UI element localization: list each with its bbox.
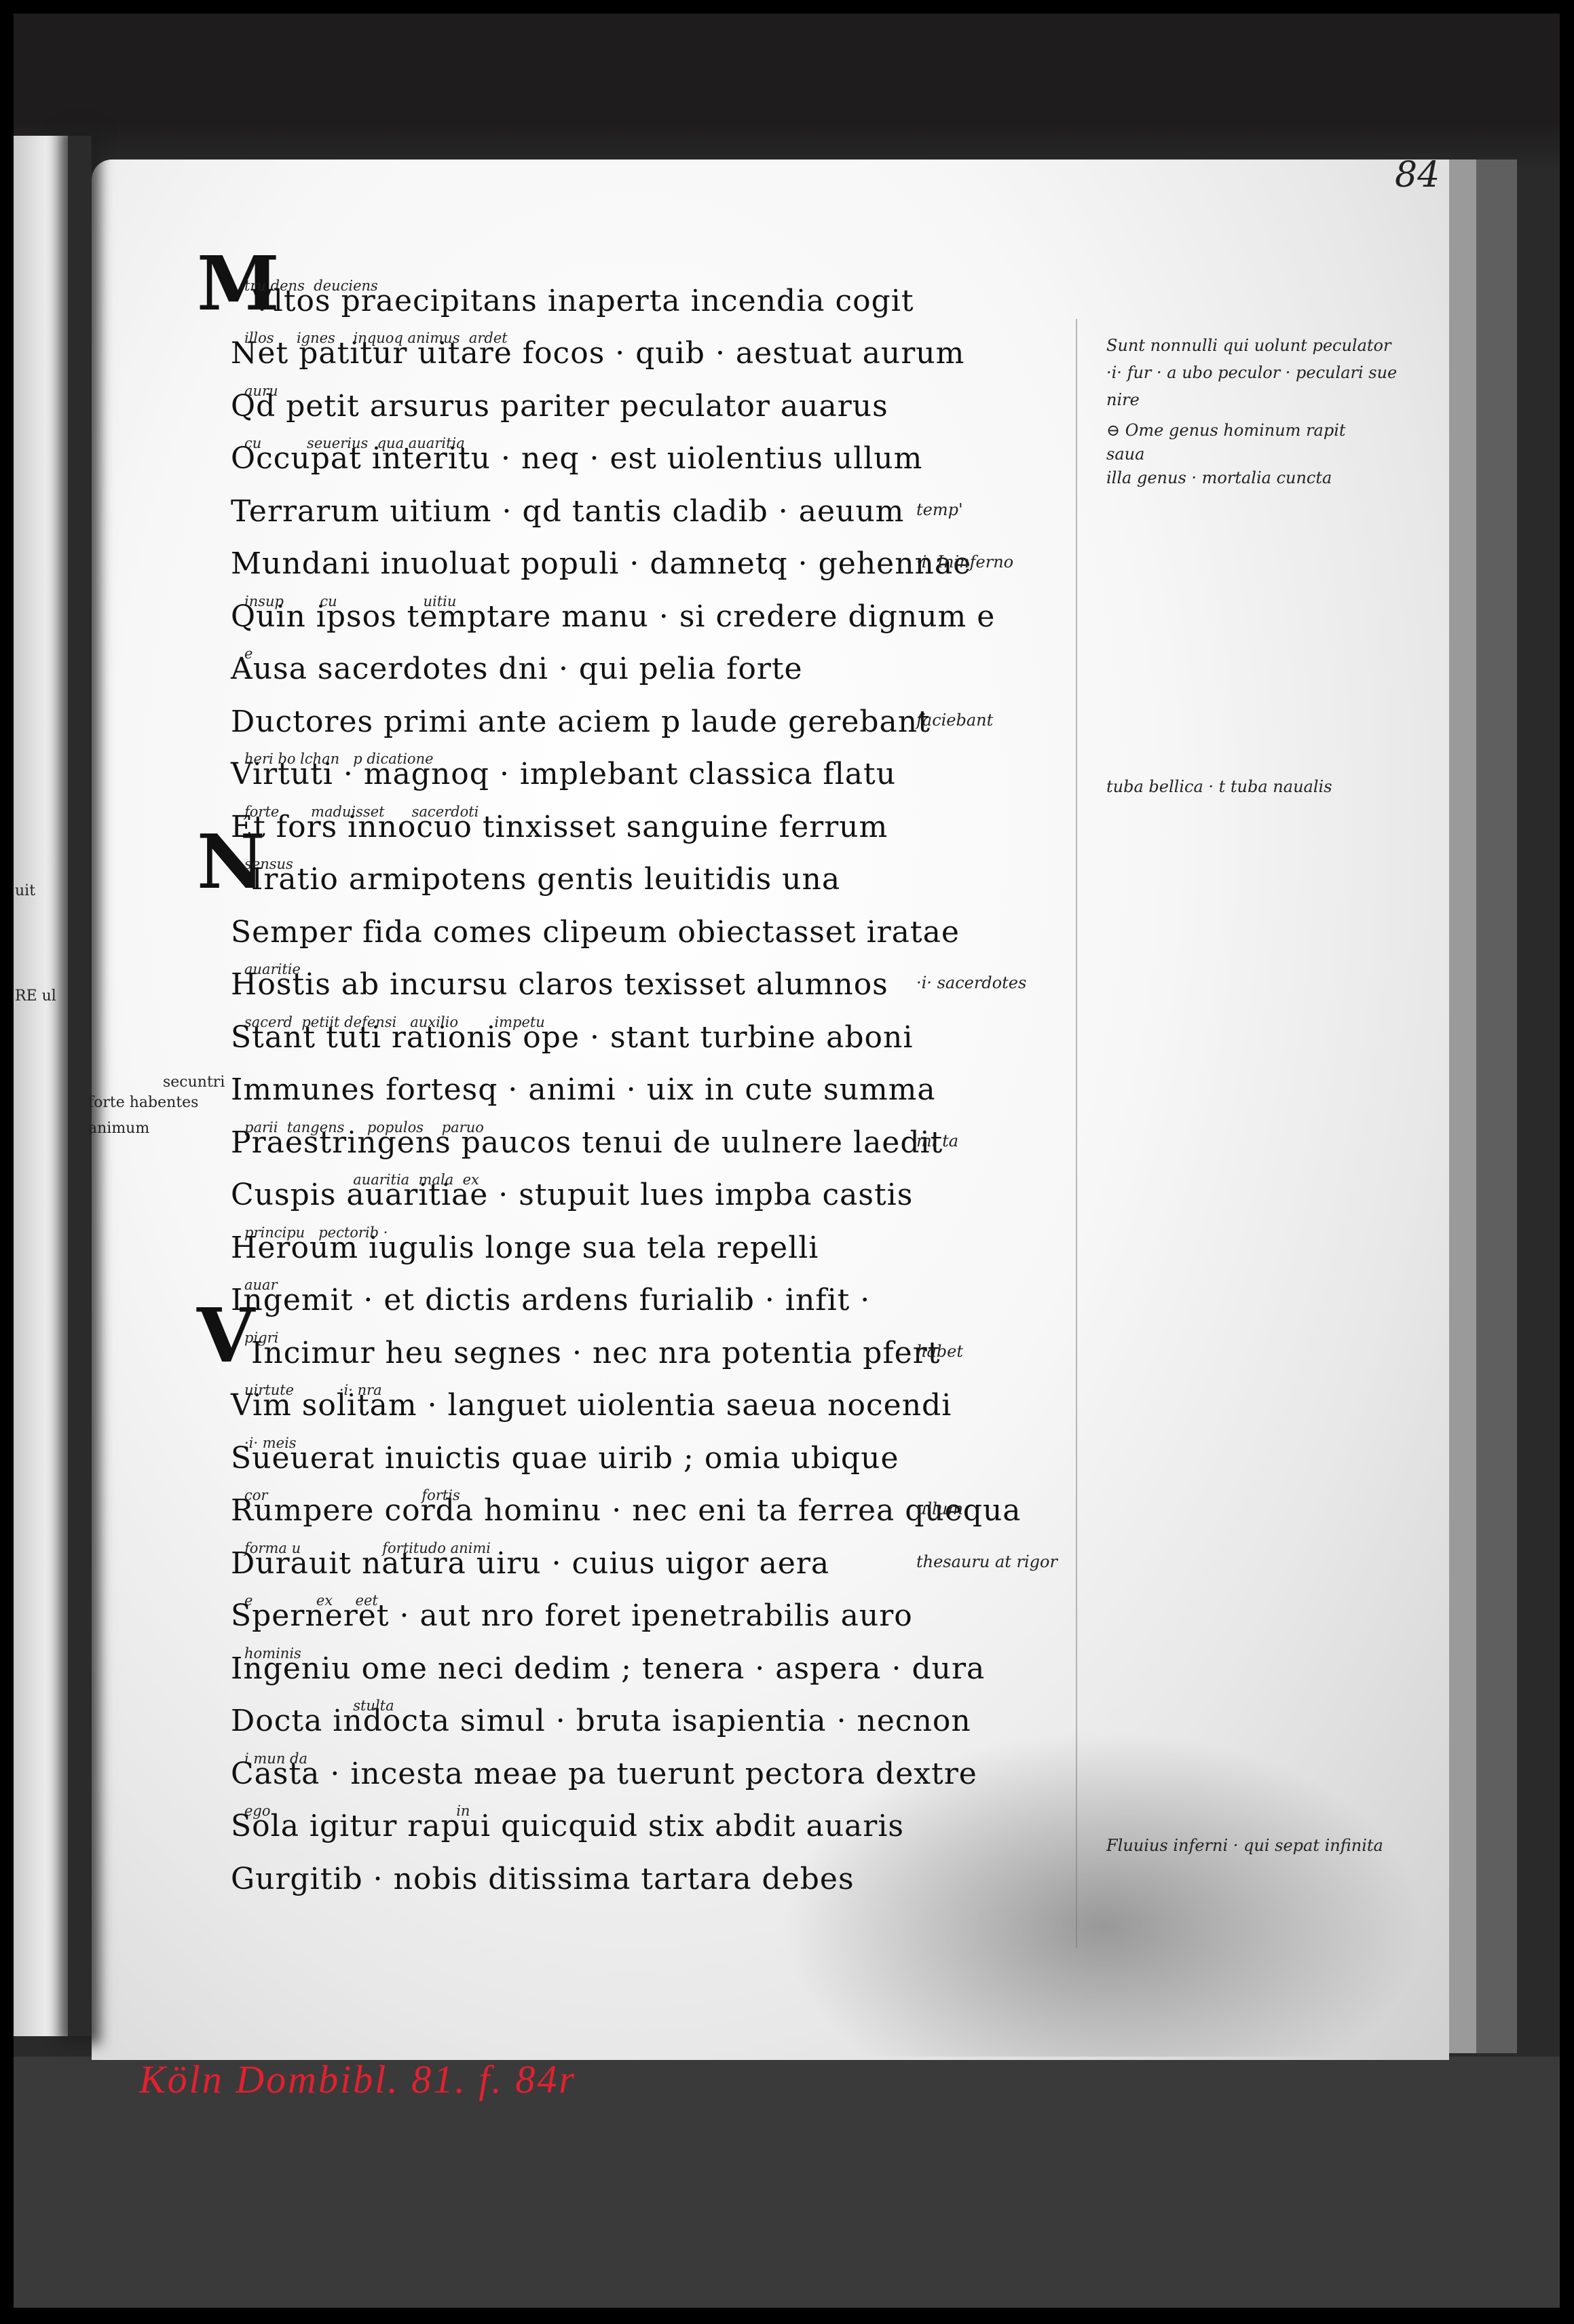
verse-text: Semper fida comes clipeum obiectasset ir…	[231, 915, 960, 950]
end-gloss: ·i· Ininferno	[916, 552, 1013, 571]
verse-line: auruQd petit arsurus pariter peculator a…	[204, 380, 1086, 433]
verse-line: auarIngemit · et dictis ardens furialib …	[204, 1275, 1086, 1328]
verse-text: Ingemit · et dictis ardens furialib · in…	[231, 1283, 870, 1317]
verse-text: Hostis ab incursu claros texisset alumno…	[231, 967, 888, 1002]
end-gloss: temp'	[916, 500, 963, 519]
verse-line: Mundani inuoluat populi · damnetq · gehe…	[204, 538, 1086, 591]
margin-note: illa genus · mortalia cuncta	[1106, 468, 1332, 487]
verse-text: Occupat interitu · neq · est uiolentius …	[231, 441, 922, 476]
end-gloss: ullum	[916, 1499, 963, 1518]
verse-text: Rumpere corda hominu · nec eni ta ferrea…	[231, 1493, 1022, 1528]
verse-text: Iratio armipotens gentis leuitidis una	[251, 862, 840, 897]
verse-text: Praestringens paucos tenui de uulnere la…	[231, 1125, 943, 1160]
verse-text: Et fors innocuo tinxisset sanguine ferru…	[231, 810, 888, 844]
verse-text: Casta · incesta meae pa tuerunt pectora …	[231, 1757, 977, 1791]
shelfmark-annotation: Köln Dombibl. 81. f. 84r	[139, 2057, 576, 2102]
verse-line: cu seuerius qua auaritiaOccupat interitu…	[204, 433, 1086, 486]
verse-line: ego inSola igitur rapui quicquid stix ab…	[204, 1801, 1086, 1854]
verse-text: Vim solitam · languet uiolentia saeua no…	[231, 1388, 952, 1423]
verse-line: hominisIngeniu ome neci dedim ; tenera ·…	[204, 1643, 1086, 1695]
margin-note: ⊖ Ome genus hominum rapit	[1106, 421, 1346, 440]
end-gloss: ·i· sacerdotes	[916, 973, 1026, 992]
verse-line: eAusa sacerdotes dni · qui pelia forte	[204, 643, 1086, 696]
verse-line: insup cu uitiuQuin ipsos temptare manu ·…	[204, 591, 1086, 643]
verse-text: Quin ipsos temptare manu · si credere di…	[231, 599, 995, 634]
verse-text: Ausa sacerdotes dni · qui pelia forte	[231, 652, 803, 686]
verse-line: Immunes fortesq · animi · uix in cute su…	[204, 1064, 1086, 1117]
verse-text: Qd petit arsurus pariter peculator auaru…	[231, 389, 888, 424]
facing-page-edge	[14, 136, 68, 2036]
margin-note: saua	[1106, 445, 1144, 464]
verse-text: Sueuerat inuictis quae uirib ; omia ubiq…	[231, 1441, 899, 1476]
verse-line: cor fortisRumpere corda hominu · nec eni…	[204, 1485, 1086, 1538]
verse-line: auaritia mala exCuspis auaritiae · stupu…	[204, 1169, 1086, 1222]
margin-note: Fluuius inferni · qui sepat infinita	[1106, 1836, 1383, 1855]
verse-text: Ductores primi ante aciem p laude gereba…	[231, 705, 931, 739]
end-gloss: faciebant	[916, 711, 993, 730]
left-margin-fragment: forte habentes	[88, 1094, 198, 1111]
page-edge-dark	[1476, 160, 1517, 2053]
verse-text: Cuspis auaritiae · stupuit lues impba ca…	[231, 1178, 913, 1212]
verse-line: parii tangens populos paruoPraestringens…	[204, 1117, 1086, 1169]
verse-line: VpigriIncimur heu segnes · nec nra poten…	[204, 1327, 1086, 1380]
verse-line: Terrarum uitium · qd tantis cladib · aeu…	[204, 485, 1086, 538]
verse-text: Net patitur uitare focos · quib · aestua…	[231, 336, 964, 371]
verse-text: Heroum iugulis longe sua tela repelli	[231, 1231, 819, 1265]
verse-text: Incimur heu segnes · nec nra potentia pf…	[251, 1336, 940, 1370]
verse-line: principu pectorib ·Heroum iugulis longe …	[204, 1222, 1086, 1275]
verse-line: ·i· meisSueuerat inuictis quae uirib ; o…	[204, 1432, 1086, 1485]
main-text-column: Mtru dens deuciensVltos praecipitans ina…	[204, 275, 1086, 1906]
verse-line: sacerd petiit defensi auxilio impetuStan…	[204, 1011, 1086, 1064]
verse-line: Mtru dens deuciensVltos praecipitans ina…	[204, 275, 1086, 328]
top-shadow	[14, 14, 1560, 170]
left-margin-fragment: animum	[88, 1120, 149, 1137]
binding-gutter	[68, 136, 92, 2036]
margin-note: Sunt nonnulli qui uolunt peculator	[1106, 336, 1391, 355]
verse-text: Immunes fortesq · animi · uix in cute su…	[231, 1072, 936, 1107]
verse-text: Vltos praecipitans inaperta incendia cog…	[251, 284, 914, 318]
verse-text: Virtuti · magnoq · implebant classica fl…	[231, 757, 896, 791]
verse-text: Docta indocta simul · bruta isapientia ·…	[231, 1704, 971, 1738]
verse-text: Ingeniu ome neci dedim ; tenera · aspera…	[231, 1651, 985, 1686]
verse-line: forte maduisset sacerdotiEt fors innocuo…	[204, 801, 1086, 854]
end-gloss: thesauru at rigor	[916, 1552, 1057, 1571]
verse-text: Mundani inuoluat populi · damnetq · gehe…	[231, 546, 971, 581]
verse-text: Terrarum uitium · qd tantis cladib · aeu…	[231, 494, 904, 529]
verse-text: Gurgitib · nobis ditissima tartara debes	[231, 1862, 855, 1896]
verse-line: heri bo lchan p dicationeVirtuti · magno…	[204, 749, 1086, 802]
verse-line: stultaDocta indocta simul · bruta isapie…	[204, 1695, 1086, 1748]
verse-line: forma u fortitudo animiDurauit natura ui…	[204, 1537, 1086, 1590]
page-edge	[1449, 160, 1476, 2053]
verse-text: Sola igitur rapui quicquid stix abdit au…	[231, 1809, 904, 1843]
verse-text: Sperneret · aut nro foret ipenetrabilis …	[231, 1598, 913, 1633]
left-margin-fragment: uit	[15, 882, 35, 899]
verse-line: auaritieHostis ab incursu claros texisse…	[204, 959, 1086, 1012]
verse-line: Gurgitib · nobis ditissima tartara debes	[204, 1853, 1086, 1906]
verse-text: Durauit natura uiru · cuius uigor aera	[231, 1546, 829, 1581]
margin-note: tuba bellica · t tuba naualis	[1106, 777, 1332, 796]
verse-line: uirtute ·i· nraVim solitam · languet uio…	[204, 1380, 1086, 1433]
left-margin-fragment: RE ul	[15, 988, 56, 1005]
end-gloss: habet	[916, 1342, 963, 1361]
verse-text: Stant tuti rationis ope · stant turbine …	[231, 1020, 913, 1055]
margin-note: nire	[1106, 390, 1140, 409]
end-gloss: mi ta	[916, 1131, 958, 1150]
verse-line: NsensusIratio armipotens gentis leuitidi…	[204, 854, 1086, 907]
left-margin-fragment: secuntri	[163, 1074, 225, 1091]
folio-number: 84	[1395, 155, 1440, 195]
verse-line: Ductores primi ante aciem p laude gereba…	[204, 696, 1086, 749]
verse-line: illos ignes inquoq animus ardetNet patit…	[204, 328, 1086, 381]
verse-line: e ex eetSperneret · aut nro foret ipenet…	[204, 1590, 1086, 1643]
verse-line: Semper fida comes clipeum obiectasset ir…	[204, 906, 1086, 959]
margin-note: ·i· fur · a ubo peculor · peculari sue	[1106, 363, 1397, 382]
verse-line: i mun daCasta · incesta meae pa tuerunt …	[204, 1748, 1086, 1801]
